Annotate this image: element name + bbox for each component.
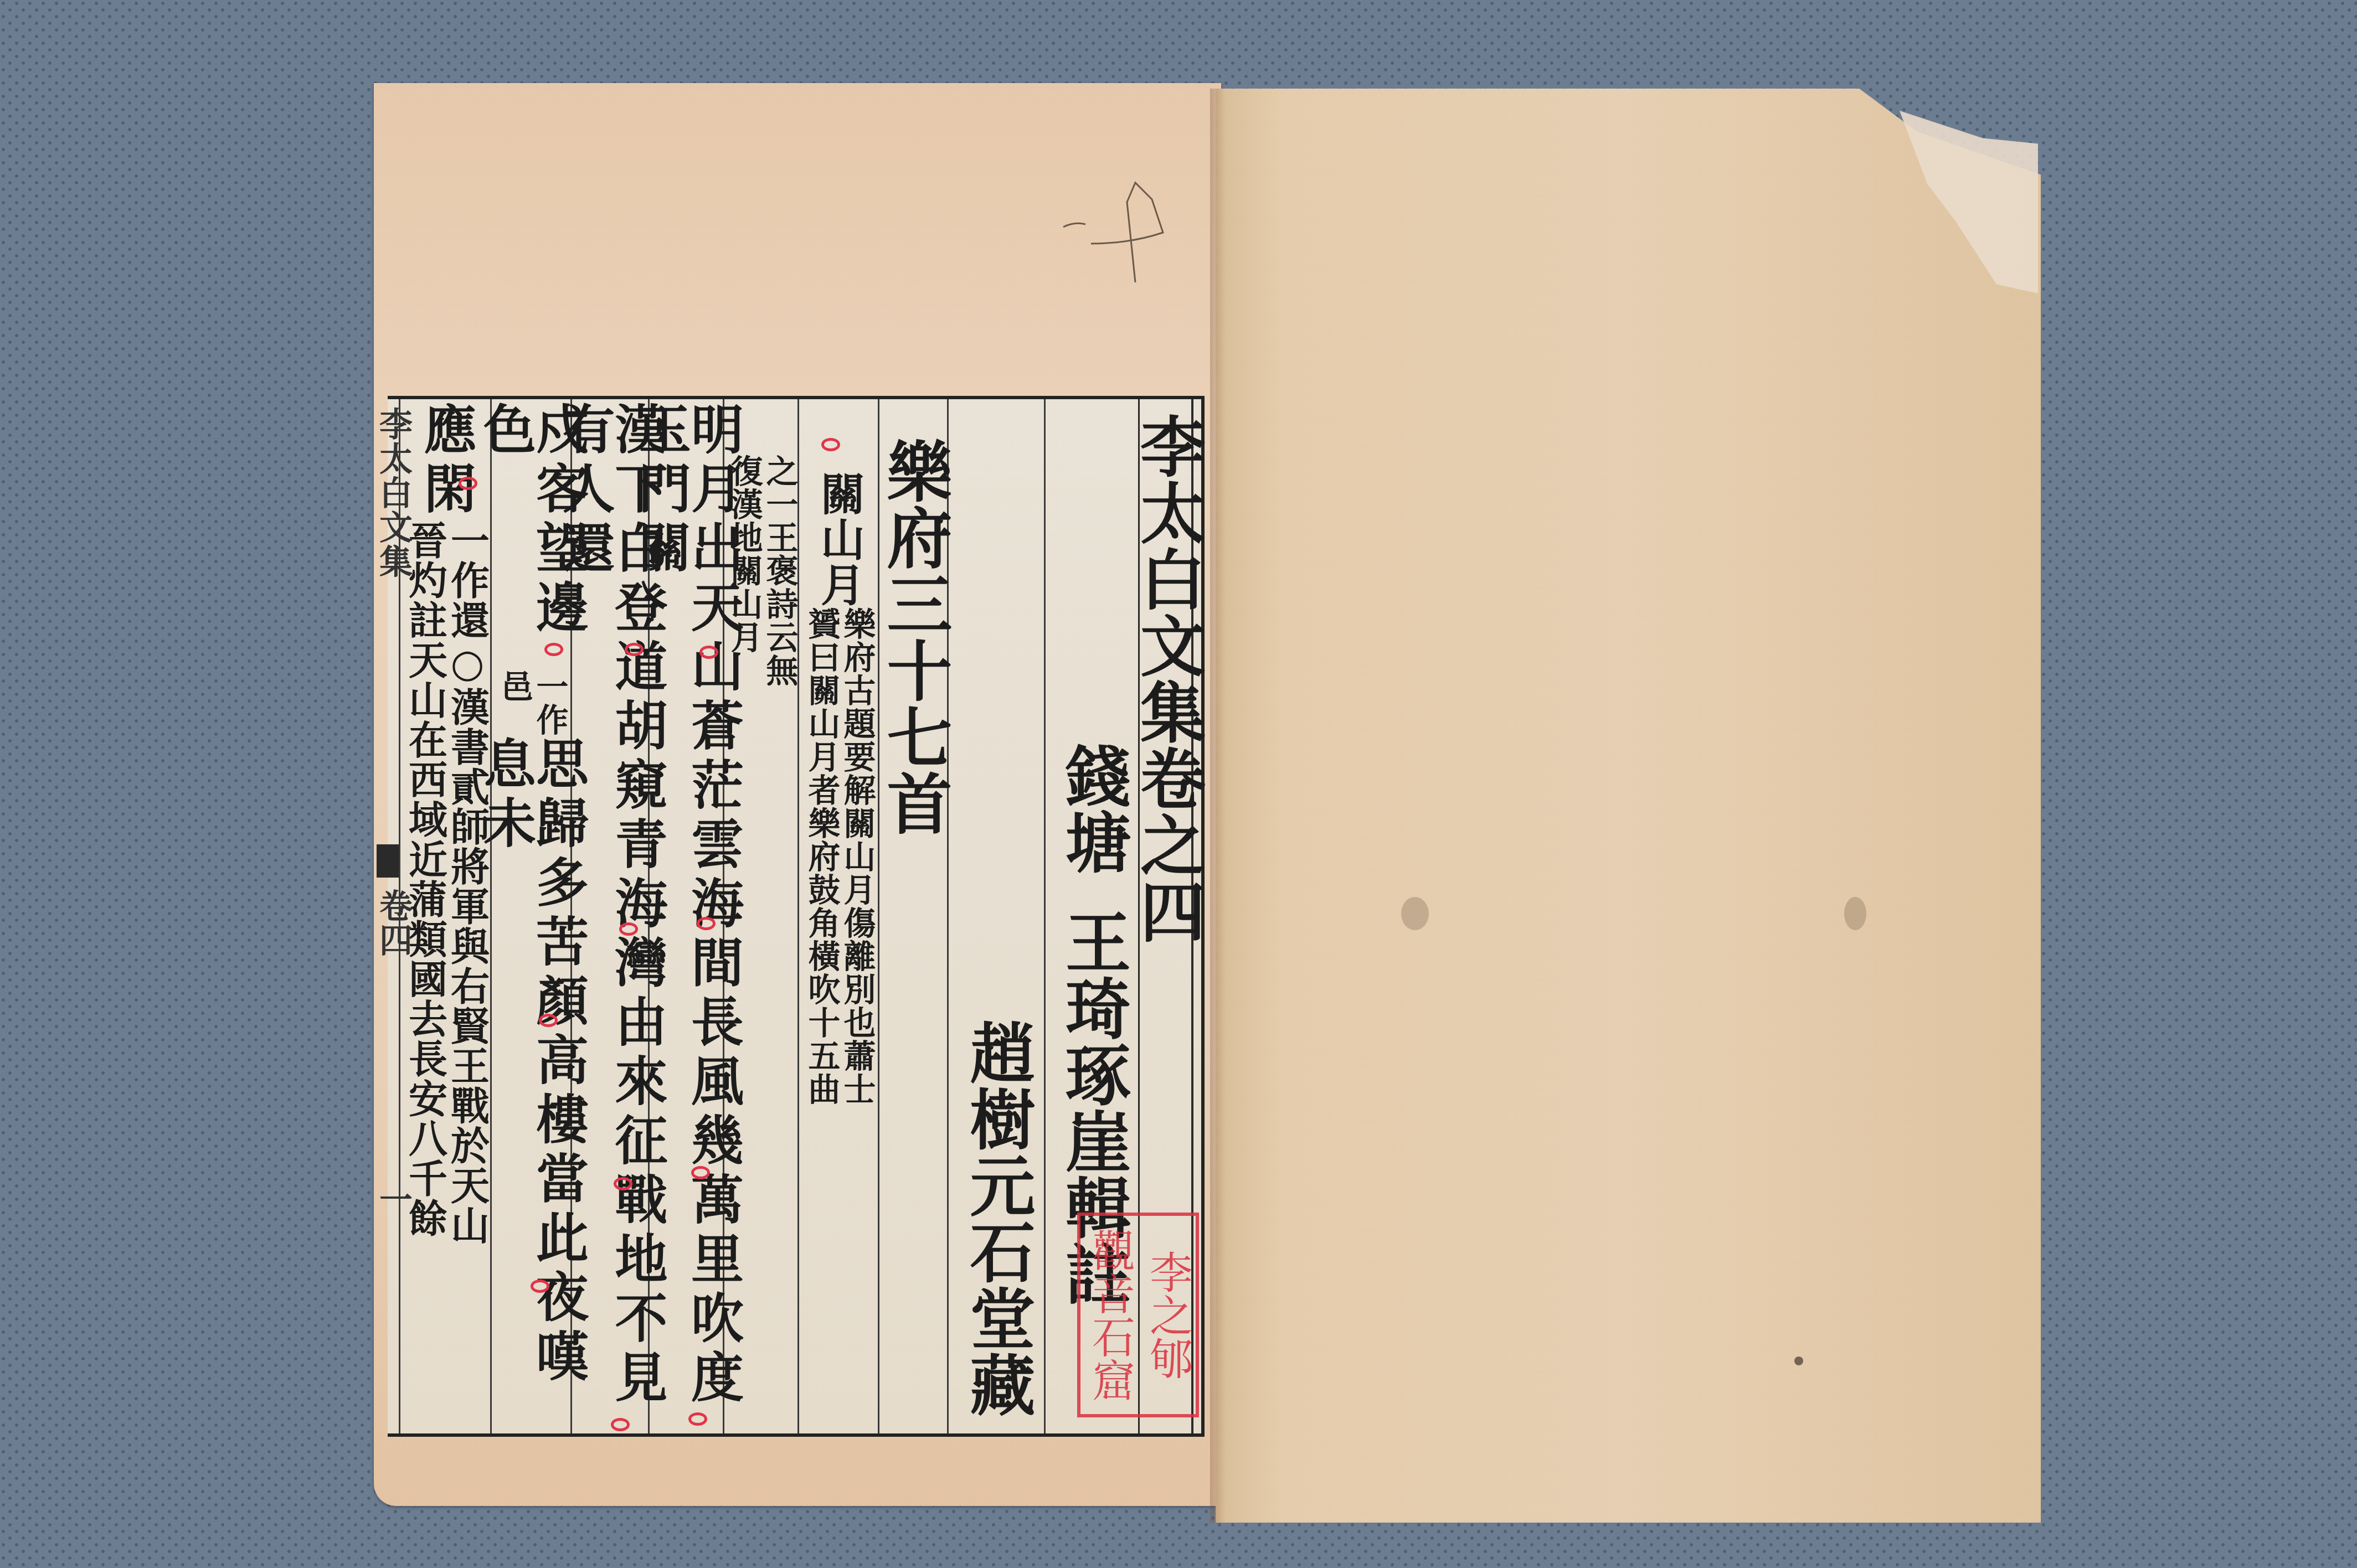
last-column: 應閑 一作還○漢書貳師將軍與右賢王戰於天山 晉灼註天山在西域近蒲類國去長安八千餘: [399, 399, 492, 1433]
poem-line-3-column: 戍客望邊色 一作 邑 思歸多苦顏高樓當此夜嘆息未: [490, 399, 572, 1433]
punctuation-circle: [544, 643, 563, 656]
volume-title: 李太白文集卷之四: [1135, 413, 1200, 945]
punctuation-circle: [697, 917, 716, 930]
section-column: 樂府三十七首: [878, 399, 949, 1433]
punctuation-circle: [688, 1412, 707, 1426]
variant-note-1-right: 一作: [534, 670, 566, 736]
punctuation-circle: [611, 1418, 630, 1431]
punctuation-circle: [699, 646, 718, 659]
collection-column: 趙樹元石堂藏: [947, 399, 1046, 1433]
section-heading: 樂府三十七首: [882, 438, 947, 837]
punctuation-circle: [539, 1014, 558, 1027]
book-spine-fold: [1210, 89, 1226, 1523]
right-page-blank: [1216, 89, 2041, 1523]
red-collector-seal: 李之郇 觀音石窟: [1077, 1213, 1199, 1417]
variant-note-1-left: 邑: [498, 670, 531, 736]
pencil-mark: [1052, 161, 1196, 282]
poem-line-3a: 戍客望邊色: [480, 402, 585, 670]
title-note-cont-right: 之一王褒詩云無: [764, 455, 796, 687]
last-note-right: 一作還○漢書貳師將軍與右賢王戰於天山: [448, 520, 487, 1245]
poem-line-3b: 思歸多苦顏高樓當此夜嘆息未: [480, 736, 585, 1433]
compiler-place: 錢塘: [1060, 742, 1125, 875]
punctuation-circle: [531, 1280, 549, 1293]
punctuation-circle: [821, 438, 840, 451]
seal-text-left: 觀音石窟: [1087, 1229, 1132, 1401]
poem-title: 關山月: [817, 471, 862, 607]
paper-stain: [1844, 897, 1866, 930]
poem-title-column: 關山月 樂府古題要解關山月傷離別也蕭士 贇曰關山月者樂府鼓角橫吹十五曲: [797, 399, 879, 1433]
banxin-page: 一: [377, 1182, 410, 1216]
paper-stain: [1401, 897, 1429, 930]
last-note-left: 晉灼註天山在西域近蒲類國去長安八千餘: [406, 520, 445, 1245]
title-note: 樂府古題要解關山月傷離別也蕭士 贇曰關山月者樂府鼓角橫吹十五曲: [806, 607, 873, 1106]
paper-spot: [1794, 1356, 1803, 1365]
seal-text-right: 李之郇: [1144, 1250, 1190, 1380]
title-note-left: 贇曰關山月者樂府鼓角橫吹十五曲: [806, 607, 838, 1106]
punctuation-circle: [625, 643, 644, 656]
collection-line: 趙樹元石堂藏: [965, 1019, 1030, 1418]
title-note-right: 樂府古題要解關山月傷離別也蕭士: [841, 607, 873, 1106]
punctuation-circle: [459, 477, 477, 490]
last-column-main: 應閑: [420, 402, 472, 520]
variant-note-1: 一作 邑: [498, 670, 566, 736]
banxin-title: 李太白文集: [377, 407, 410, 579]
last-column-note: 一作還○漢書貳師將軍與右賢王戰於天山 晉灼註天山在西域近蒲類國去長安八千餘: [406, 520, 487, 1245]
banxin-fold: 李太白文集 卷四 一: [377, 396, 399, 1437]
fishtail-mark: [377, 844, 399, 878]
punctuation-circle: [619, 922, 638, 936]
punctuation-circle: [691, 1166, 710, 1179]
punctuation-circle: [614, 1177, 632, 1190]
banxin-juan: 卷四: [377, 889, 410, 957]
